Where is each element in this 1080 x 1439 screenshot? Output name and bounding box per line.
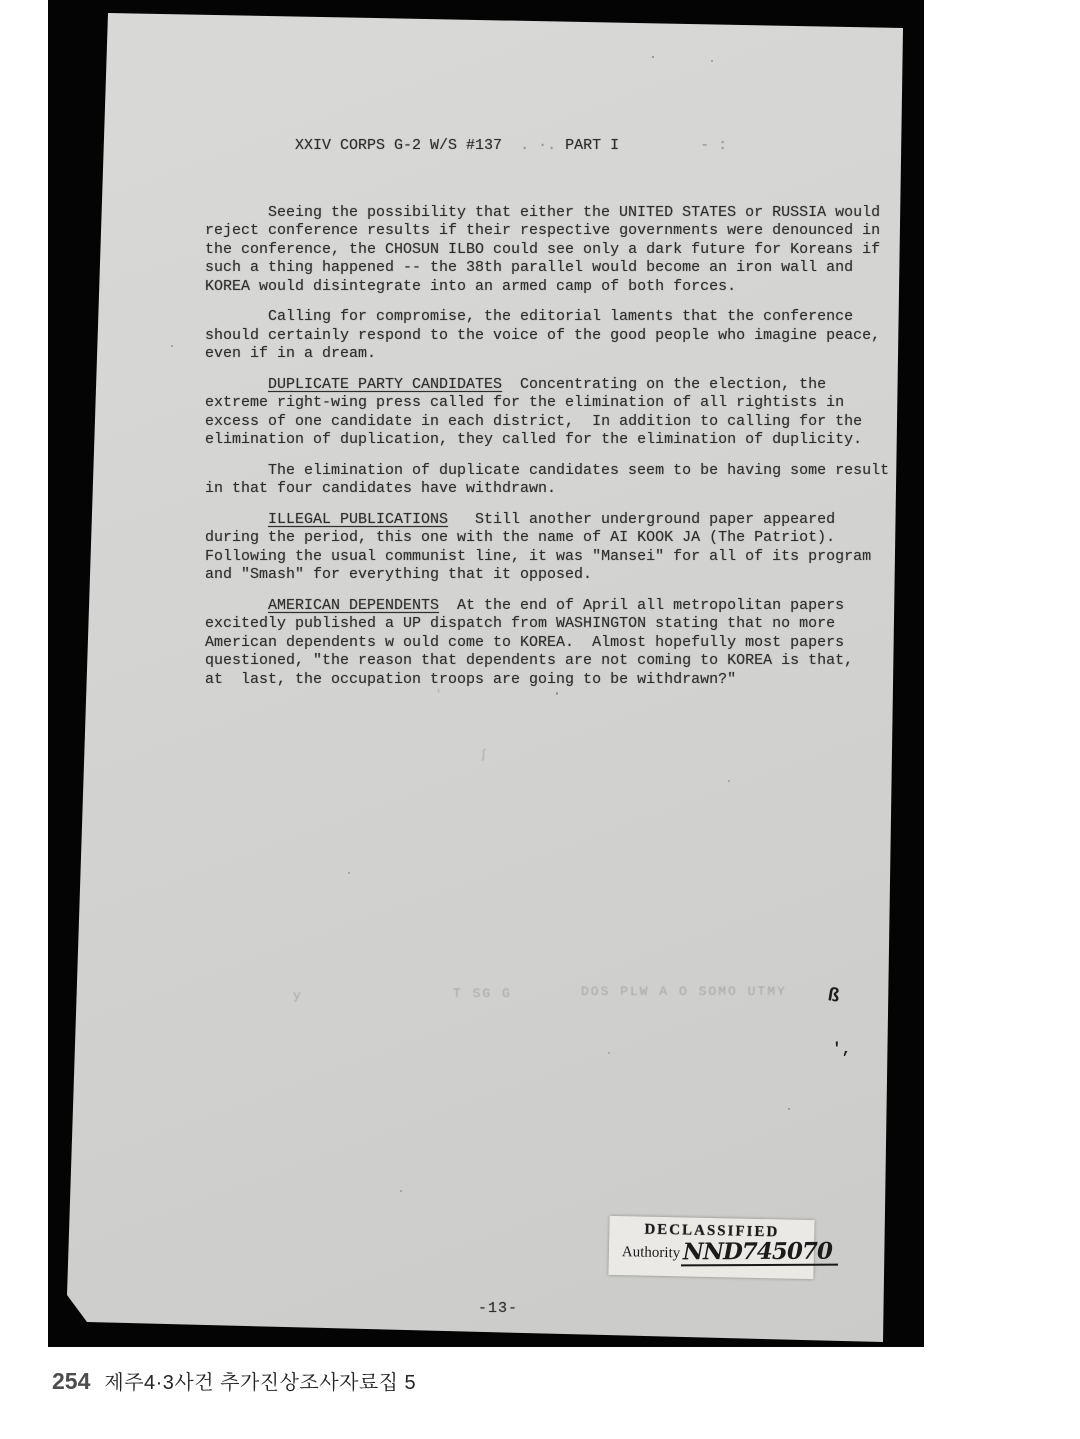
- pen-mark: ',: [832, 1040, 851, 1058]
- header-tail-artifact: - :: [619, 137, 727, 154]
- section-heading: AMERICAN DEPENDENTS: [268, 597, 439, 614]
- paragraph-line: the conference, the CHOSUN ILBO could se…: [205, 241, 905, 260]
- paragraph-line: excess of one candidate in each district…: [205, 413, 905, 432]
- ghost-offset-text: DOS PLW A O SOMO UTMY: [581, 984, 787, 999]
- paragraph-line: even if in a dream.: [205, 345, 905, 364]
- ghost-offset-text: T SG G: [453, 986, 512, 1001]
- paragraph-line: Concentrating on the election, the: [502, 376, 826, 393]
- paper-speck: [556, 692, 558, 695]
- stamp-authority-row: Authority NND745070: [609, 1236, 815, 1268]
- paragraph-line: Seeing the possibility that either the U…: [205, 204, 905, 223]
- document-id: XXIV CORPS G-2 W/S #137: [295, 137, 502, 154]
- paper-speck: [788, 1108, 790, 1110]
- document-page-number: -13-: [478, 1300, 568, 1317]
- paper-speck: [608, 1052, 610, 1054]
- paragraph-line: KOREA would disintegrate into an armed c…: [205, 278, 905, 297]
- document-part-label: PART I: [565, 137, 619, 154]
- paragraph-line: American dependents w ould come to KOREA…: [205, 634, 905, 653]
- paragraph-line: and "Smash" for everything that it oppos…: [205, 566, 905, 585]
- paragraph-line: during the period, this one with the nam…: [205, 529, 905, 548]
- paragraph-line: elimination of duplication, they called …: [205, 431, 905, 450]
- book-footer: 254 제주4·3사건 추가진상조사자료집 5: [52, 1366, 416, 1395]
- document-header: XXIV CORPS G-2 W/S #137 . ·. PART I - :: [205, 118, 905, 174]
- section-heading: DUPLICATE PARTY CANDIDATES: [268, 376, 502, 393]
- photo-scan-area: XXIV CORPS G-2 W/S #137 . ·. PART I - : …: [48, 0, 924, 1347]
- stamp-authority-number: NND745070: [681, 1239, 838, 1267]
- paragraph-line: reject conference results if their respe…: [205, 222, 905, 241]
- pen-mark: ß: [826, 984, 841, 1008]
- paragraph-line: AMERICAN DEPENDENTS At the end of April …: [205, 597, 905, 616]
- ink-artifact: y: [293, 988, 303, 1003]
- paper-speck: [400, 1190, 402, 1192]
- paragraph-line: extreme right-wing press called for the …: [205, 394, 905, 413]
- paper-speck: [348, 872, 350, 874]
- book-title: 제주4·3사건 추가진상조사자료집 5: [104, 1366, 416, 1395]
- paper-speck: [876, 205, 878, 207]
- document-paper: XXIV CORPS G-2 W/S #137 . ·. PART I - : …: [48, 0, 924, 1347]
- paper-speck: [711, 60, 713, 62]
- paragraph-line: questioned, "the reason that dependents …: [205, 652, 905, 671]
- paragraph: DUPLICATE PARTY CANDIDATES Concentrating…: [205, 376, 905, 450]
- paragraph-line: DUPLICATE PARTY CANDIDATES Concentrating…: [205, 376, 905, 395]
- ink-artifact: ': [435, 688, 444, 702]
- paragraph: ILLEGAL PUBLICATIONS Still another under…: [205, 511, 905, 585]
- paragraph-line: such a thing happened -- the 38th parall…: [205, 259, 905, 278]
- paper-speck: [728, 780, 730, 782]
- paper-speck: [652, 56, 654, 58]
- book-page-number: 254: [52, 1368, 90, 1395]
- paragraph-line: should certainly respond to the voice of…: [205, 327, 905, 346]
- paper-speck: [171, 345, 173, 347]
- paragraph-line: in that four candidates have withdrawn.: [205, 480, 905, 499]
- paragraph-line: excitedly published a UP dispatch from W…: [205, 615, 905, 634]
- ink-artifact: ʃ: [480, 748, 489, 762]
- paragraph-line: Calling for compromise, the editorial la…: [205, 308, 905, 327]
- stamp-authority-label: Authority: [622, 1244, 681, 1262]
- paragraph-line: Still another underground paper appeared: [448, 511, 835, 528]
- paragraph-line: ILLEGAL PUBLICATIONS Still another under…: [205, 511, 905, 530]
- paragraph-line: Following the usual communist line, it w…: [205, 548, 905, 567]
- paragraph-line: at last, the occupation troops are going…: [205, 671, 905, 690]
- paragraph: The elimination of duplicate candidates …: [205, 462, 905, 499]
- paragraph: AMERICAN DEPENDENTS At the end of April …: [205, 597, 905, 690]
- paragraph: Seeing the possibility that either the U…: [205, 204, 905, 297]
- header-dot-artifacts: . ·.: [502, 137, 565, 154]
- paragraph: Calling for compromise, the editorial la…: [205, 308, 905, 364]
- paragraph-line: At the end of April all metropolitan pap…: [439, 597, 844, 614]
- section-heading: ILLEGAL PUBLICATIONS: [268, 511, 448, 528]
- paragraph-line: The elimination of duplicate candidates …: [205, 462, 905, 481]
- declassified-stamp: DECLASSIFIED Authority NND745070: [608, 1216, 814, 1279]
- document-text: XXIV CORPS G-2 W/S #137 . ·. PART I - : …: [205, 118, 905, 701]
